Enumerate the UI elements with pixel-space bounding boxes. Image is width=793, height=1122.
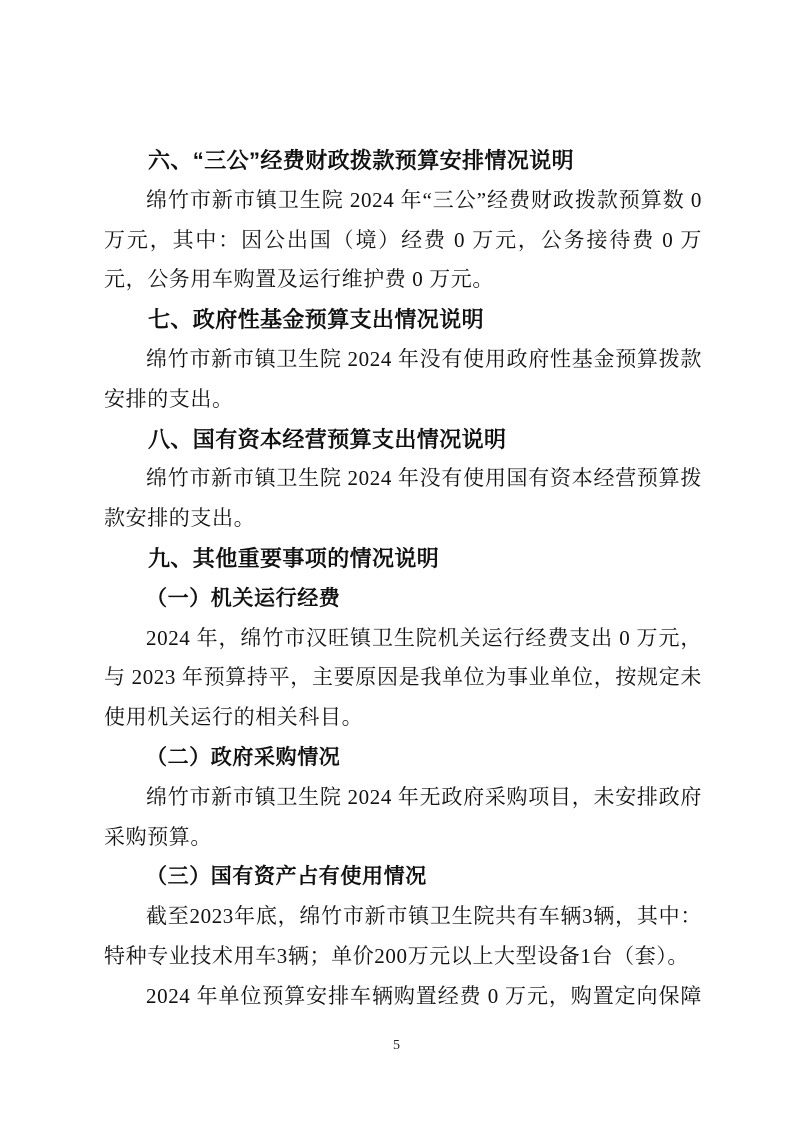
body-paragraph-continued: 2024 年单位预算安排车辆购置经费 0 万元，购置定向保障 <box>104 977 702 1017</box>
section-heading-seven: 七、政府性基金预算支出情况说明 <box>104 300 702 340</box>
body-paragraph: 绵竹市新市镇卫生院 2024 年“三公”经费财政拨款预算数 0 万元，其中：因公… <box>104 181 702 300</box>
section-heading-eight: 八、国有资本经营预算支出情况说明 <box>104 420 702 460</box>
body-paragraph: 绵竹市新市镇卫生院 2024 年没有使用国有资本经营预算拨款安排的支出。 <box>104 459 702 539</box>
page-number: 5 <box>0 1038 793 1054</box>
sub-heading-one: （一）机关运行经费 <box>104 579 702 619</box>
body-paragraph: 2024 年，绵竹市汉旺镇卫生院机关运行经费支出 0 万元，与 2023 年预算… <box>104 619 702 738</box>
body-paragraph: 绵竹市新市镇卫生院 2024 年无政府采购项目，未安排政府采购预算。 <box>104 778 702 858</box>
body-paragraph: 绵竹市新市镇卫生院 2024 年没有使用政府性基金预算拨款安排的支出。 <box>104 340 702 420</box>
sub-heading-three: （三）国有资产占有使用情况 <box>104 857 702 897</box>
sub-heading-two: （二）政府采购情况 <box>104 738 702 778</box>
section-heading-nine: 九、其他重要事项的情况说明 <box>104 539 702 579</box>
document-body: 六、“三公”经费财政拨款预算安排情况说明 绵竹市新市镇卫生院 2024 年“三公… <box>104 141 702 1017</box>
body-paragraph: 截至2023年底，绵竹市新市镇卫生院共有车辆3辆，其中：特种专业技术用车3辆；单… <box>104 897 702 977</box>
section-heading-six: 六、“三公”经费财政拨款预算安排情况说明 <box>104 141 702 181</box>
document-page: 六、“三公”经费财政拨款预算安排情况说明 绵竹市新市镇卫生院 2024 年“三公… <box>0 0 793 1122</box>
